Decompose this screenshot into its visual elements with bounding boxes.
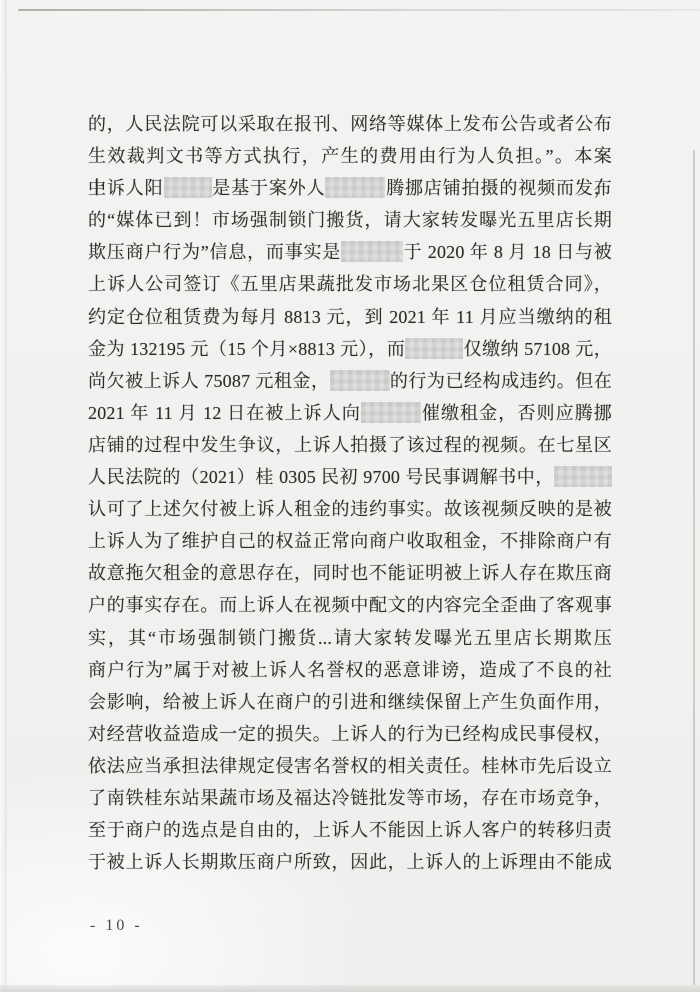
- text-line: 欺压商户行为”信息，而事实是于 2020 年 8 月 18 日与被: [88, 236, 612, 268]
- text-line: 尚欠被上诉人 75087 元租金，的行为已经构成违约。但在: [88, 365, 612, 397]
- text-segment: 认可了上述欠付被上诉人租金的违约事实。故该视频反映的是被: [88, 499, 612, 519]
- text-line: 的，人民法院可以采取在报刊、网络等媒体上发布公告或者公布: [88, 108, 612, 140]
- text-line: 人民法院的（2021）桂 0305 民初 9700 号民事调解书中，: [88, 461, 612, 493]
- text-line: 于被上诉人长期欺压商户所致，因此，上诉人的上诉理由不能成: [88, 846, 612, 878]
- text-segment: 上诉人阳: [88, 178, 164, 198]
- text-line: 上诉人为了维护自己的权益正常向商户收取租金，不排除商户有: [88, 525, 612, 557]
- page-number: - 10 -: [90, 917, 143, 935]
- text-segment: 店铺的过程中发生争议，上诉人拍摄了该过程的视频。在七星区: [88, 435, 612, 455]
- text-line: 商户行为”属于对被上诉人名誉权的恶意诽谤，造成了不良的社: [88, 654, 612, 686]
- text-segment: 仅缴纳 57108 元，: [463, 339, 612, 359]
- text-line: 2021 年 11 月 12 日在被上诉人向催缴租金，否则应腾挪: [88, 397, 612, 429]
- text-segment: 上诉人为了维护自己的权益正常向商户收取租金，不排除商户有: [88, 531, 612, 551]
- text-segment: 对经营收益造成一定的损失。上诉人的行为已经构成民事侵权，: [88, 724, 612, 744]
- text-segment: 了南铁桂东站果蔬市场及福达冷链批发等市场，存在市场竞争，: [88, 788, 612, 808]
- scan-top-edge-line: [18, 9, 700, 11]
- text-segment: 约定仓位租赁费为每月 8813 元，到 2021 年 11 月应当缴纳的租: [88, 307, 612, 327]
- scan-right-edge-line: [693, 150, 695, 985]
- text-segment: 实，其“市场强制锁门搬货...请大家转发曝光五里店长期欺压: [88, 628, 612, 648]
- text-segment: 催缴租金，否则应腾挪: [421, 403, 612, 423]
- redaction-box: [361, 402, 421, 423]
- text-segment: 于 2020 年 8 月 18 日与被: [403, 242, 612, 262]
- text-line: 上诉人公司签订《五里店果蔬批发市场北果区仓位租赁合同》，: [88, 268, 612, 300]
- text-segment: 依法应当承担法律规定侵害名誉权的相关责任。桂林市先后设立: [88, 756, 612, 776]
- text-segment: 的，人民法院可以采取在报刊、网络等媒体上发布公告或者公布: [88, 114, 612, 134]
- text-segment: 于被上诉人长期欺压商户所致，因此，上诉人的上诉理由不能成: [88, 852, 612, 872]
- text-line: 对经营收益造成一定的损失。上诉人的行为已经构成民事侵权，: [88, 718, 612, 750]
- text-segment: 腾挪店铺拍摄的视频而发布: [385, 178, 612, 198]
- text-line: 实，其“市场强制锁门搬货...请大家转发曝光五里店长期欺压: [88, 622, 612, 654]
- text-segment: 商户行为”属于对被上诉人名誉权的恶意诽谤，造成了不良的社: [88, 660, 612, 680]
- redaction-box: [405, 338, 463, 359]
- text-segment: 会影响，给被上诉人在商户的引进和继续保留上产生负面作用，: [88, 692, 612, 712]
- text-segment: 金为 132195 元（15 个月×8813 元），而: [88, 339, 405, 359]
- text-line: 的“媒体已到！市场强制锁门搬货，请大家转发曝光五里店长期: [88, 204, 612, 236]
- text-segment: 上诉人公司签订《五里店果蔬批发市场北果区仓位租赁合同》，: [88, 274, 612, 294]
- text-segment: 的“媒体已到！市场强制锁门搬货，请大家转发曝光五里店长期: [88, 210, 612, 230]
- text-segment: 至于商户的选点是自由的，上诉人不能因上诉人客户的转移归责: [88, 820, 612, 840]
- text-segment: 户的事实存在。而上诉人在视频中配文的内容完全歪曲了客观事: [88, 595, 612, 615]
- text-line: 了南铁桂东站果蔬市场及福达冷链批发等市场，存在市场竞争，: [88, 782, 612, 814]
- document-body: 的，人民法院可以采取在报刊、网络等媒体上发布公告或者公布生效裁判文书等方式执行，…: [88, 108, 612, 878]
- text-segment: 是基于案外人: [212, 178, 326, 198]
- redaction-box: [164, 177, 212, 198]
- text-segment: 人民法院的（2021）桂 0305 民初 9700 号民事调解书中，: [88, 467, 554, 487]
- redaction-box: [341, 241, 403, 262]
- text-line: 约定仓位租赁费为每月 8813 元，到 2021 年 11 月应当缴纳的租: [88, 301, 612, 333]
- redaction-box: [330, 370, 390, 391]
- scan-left-edge: [0, 0, 7, 992]
- text-line: 生效裁判文书等方式执行，产生的费用由行为人负担。”。本案中，: [88, 140, 612, 172]
- text-segment: 欺压商户行为”信息，而事实是: [88, 242, 341, 262]
- text-line: 至于商户的选点是自由的，上诉人不能因上诉人客户的转移归责: [88, 814, 612, 846]
- text-line: 上诉人阳是基于案外人腾挪店铺拍摄的视频而发布: [88, 172, 612, 204]
- text-line: 故意拖欠租金的意思存在，同时也不能证明被上诉人存在欺压商: [88, 557, 612, 589]
- text-line: 认可了上述欠付被上诉人租金的违约事实。故该视频反映的是被: [88, 493, 612, 525]
- text-segment: 的行为已经构成违约。但在: [390, 371, 613, 391]
- text-line: 店铺的过程中发生争议，上诉人拍摄了该过程的视频。在七星区: [88, 429, 612, 461]
- text-segment: 故意拖欠租金的意思存在，同时也不能证明被上诉人存在欺压商: [88, 563, 612, 583]
- redaction-box: [325, 177, 385, 198]
- redaction-box: [554, 466, 612, 487]
- scan-bottom-edge: [0, 985, 700, 992]
- text-line: 会影响，给被上诉人在商户的引进和继续保留上产生负面作用，: [88, 686, 612, 718]
- text-segment: 尚欠被上诉人 75087 元租金，: [88, 371, 330, 391]
- text-line: 依法应当承担法律规定侵害名誉权的相关责任。桂林市先后设立: [88, 750, 612, 782]
- scanned-document-page: 的，人民法院可以采取在报刊、网络等媒体上发布公告或者公布生效裁判文书等方式执行，…: [0, 0, 700, 992]
- text-segment: 2021 年 11 月 12 日在被上诉人向: [88, 403, 361, 423]
- text-line: 金为 132195 元（15 个月×8813 元），而仅缴纳 57108 元，: [88, 333, 612, 365]
- text-line: 户的事实存在。而上诉人在视频中配文的内容完全歪曲了客观事: [88, 589, 612, 621]
